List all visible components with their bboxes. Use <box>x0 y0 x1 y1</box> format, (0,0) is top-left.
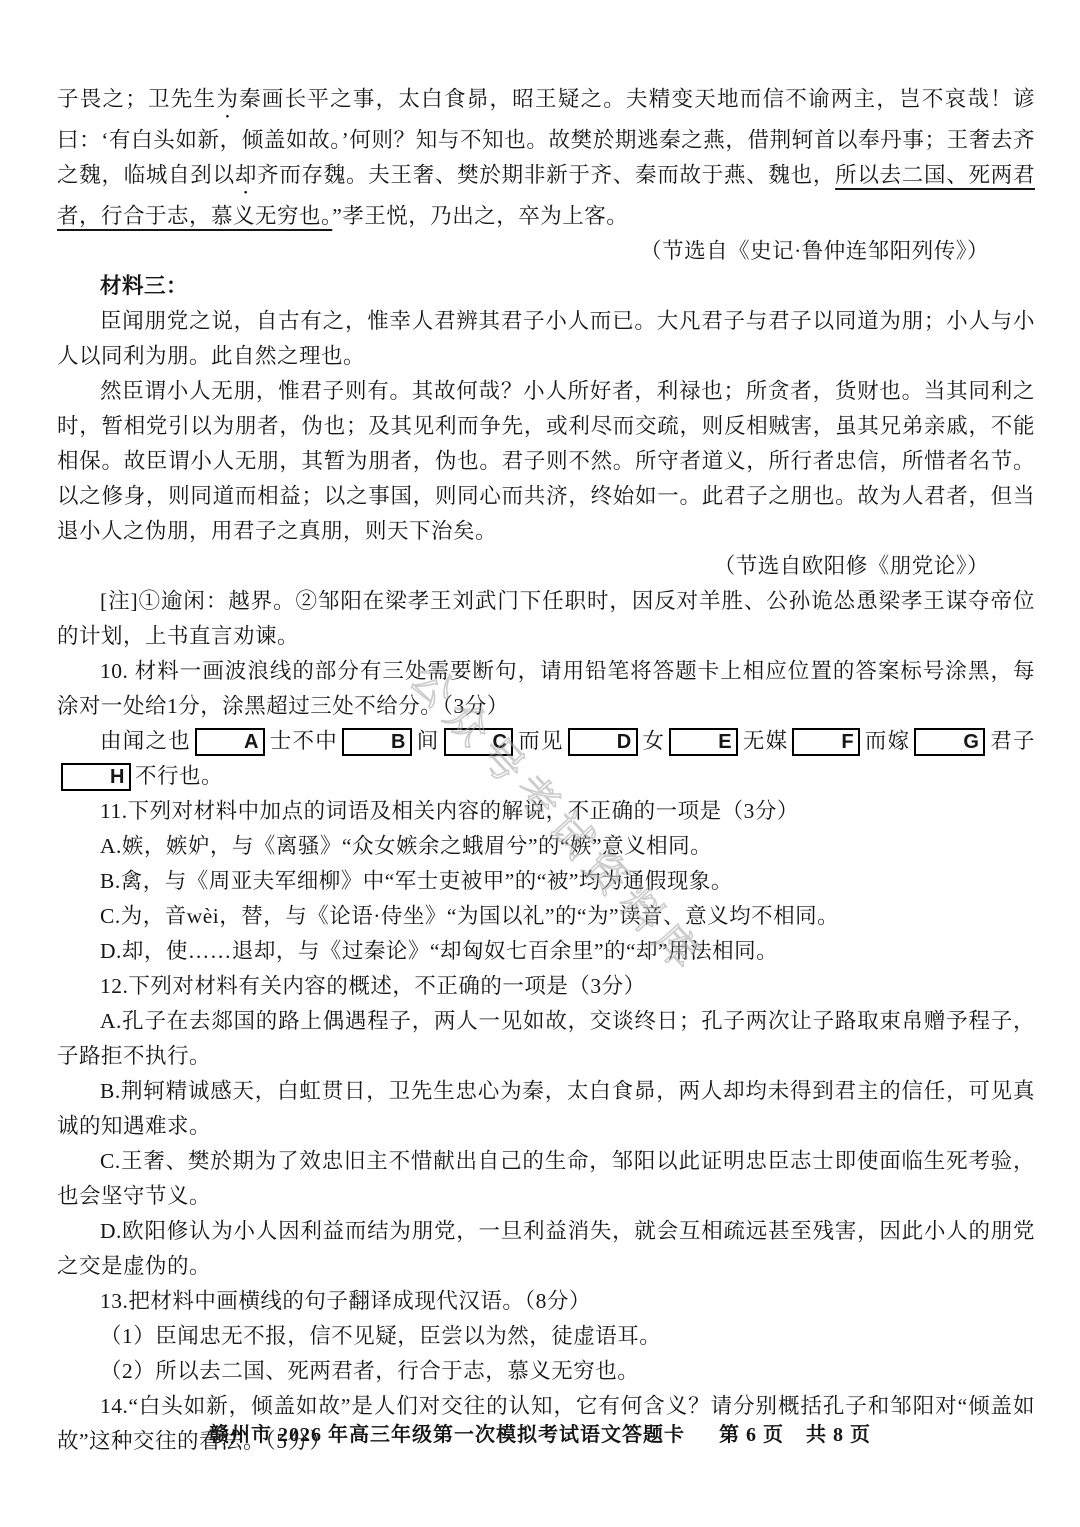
answer-box-f: F <box>792 728 860 756</box>
material-3-para-1: 臣闻朋党之说，自古有之，惟幸人君辨其君子小人而已。大凡君子与君子以同道为朋；小人… <box>57 304 1035 374</box>
passage-text: ”孝王悦，乃出之，卒为上客。 <box>332 204 628 228</box>
footer-title: 赣州市 2026 年高三年级第一次模拟考试语文答题卡 <box>209 1424 685 1446</box>
question-13-stem: 13.把材料中画横线的句子翻译成现代汉语。（8分） <box>57 1284 1035 1319</box>
exam-paper-page: 公众号考试资料库 子畏之；卫先生为秦画长平之事，太白食昴，昭王疑之。夫精变天地而… <box>0 0 1080 1527</box>
page-footer: 赣州市 2026 年高三年级第一次模拟考试语文答题卡第 6 页共 8 页 <box>0 1418 1080 1447</box>
sentence-text: 不行也。 <box>135 764 223 788</box>
question-12-option-a: A.孔子在去郯国的路上偶遇程子，两人一见如故，交谈终日；孔子两次让子路取束帛赠予… <box>57 1004 1035 1074</box>
material-3-para-2: 然臣谓小人无朋，惟君子则有。其故何哉？小人所好者，利禄也；所贪者，货财也。当其同… <box>57 374 1035 549</box>
question-12-option-c: C.王奢、樊於期为了效忠旧主不惜献出自己的生命，邹阳以此证明忠臣志士即使面临生死… <box>57 1144 1035 1214</box>
question-11-option-a: A.嫉，嫉妒，与《离骚》“众女嫉余之蛾眉兮”的“嫉”意义相同。 <box>57 829 1035 864</box>
question-11-option-d: D.却，使……退却，与《过秦论》“却匈奴七百余里”的“却”用法相同。 <box>57 934 1035 969</box>
answer-box-d: D <box>568 728 638 756</box>
dotted-word-wei: 为 <box>216 87 239 111</box>
material-3-heading: 材料三： <box>57 269 1035 304</box>
sentence-text: 而嫁 <box>864 729 910 753</box>
footnote: [注]①逾闲：越界。②邹阳在梁孝王刘武门下任职时，因反对羊胜、公孙诡怂恿梁孝王谋… <box>57 584 1035 654</box>
sentence-text: 间 <box>416 729 440 753</box>
answer-box-e: E <box>669 728 738 756</box>
passage-shiji-continuation: 子畏之；卫先生为秦画长平之事，太白食昴，昭王疑之。夫精变天地而信不谕两主，岂不哀… <box>57 82 1035 234</box>
source-pengdanglun: （节选自欧阳修《朋党论》） <box>57 549 1035 584</box>
passage-text: 齐而存魏。夫王奢、樊於期非新于齐、秦而故于燕、魏也， <box>257 163 835 187</box>
sentence-text: 由闻之也 <box>100 729 191 753</box>
footer-page-total: 共 8 页 <box>806 1424 871 1446</box>
answer-box-a: A <box>195 728 265 756</box>
question-10-stem: 10. 材料一画波浪线的部分有三处需要断句，请用铅笔将答题卡上相应位置的答案标号… <box>57 654 1035 724</box>
question-13-item-2: （2）所以去二国、死两君者，行合于志，慕义无穷也。 <box>57 1354 1035 1389</box>
question-11-option-b: B.禽，与《周亚夫军细柳》中“军士吏被甲”的“被”均为通假现象。 <box>57 864 1035 899</box>
question-12-stem: 12.下列对材料有关内容的概述，不正确的一项是（3分） <box>57 969 1035 1004</box>
question-10-sentence: 由闻之也A士不中B间C而见D女E无媒F而嫁G君子H不行也。 <box>57 724 1035 794</box>
passage-text: 子畏之；卫先生 <box>57 87 216 111</box>
answer-box-b: B <box>342 728 412 756</box>
page-content: 子畏之；卫先生为秦画长平之事，太白食昴，昭王疑之。夫精变天地而信不谕两主，岂不哀… <box>57 82 1035 1459</box>
sentence-text: 君子 <box>989 729 1035 753</box>
source-shiji: （节选自《史记·鲁仲连邹阳列传》） <box>57 234 1035 269</box>
footer-page-number: 第 6 页 <box>719 1424 784 1446</box>
sentence-text: 无媒 <box>742 729 788 753</box>
sentence-text: 女 <box>642 729 666 753</box>
dotted-word-que: 却 <box>235 163 257 187</box>
question-11-stem: 11.下列对材料中加点的词语及相关内容的解说，不正确的一项是（3分） <box>57 794 1035 829</box>
sentence-text: 士不中 <box>269 729 338 753</box>
question-12-option-b: B.荆轲精诚感天，白虹贯日，卫先生忠心为秦，太白食昴，两人却均未得到君主的信任，… <box>57 1074 1035 1144</box>
question-12-option-d: D.欧阳修认为小人因利益而结为朋党，一旦利益消失，就会互相疏远甚至残害，因此小人… <box>57 1214 1035 1284</box>
answer-box-g: G <box>914 728 985 756</box>
question-11-option-c: C.为，音wèi，替，与《论语·侍坐》“为国以礼”的“为”读音、意义均不相同。 <box>57 899 1035 934</box>
answer-box-h: H <box>61 763 131 791</box>
answer-box-c: C <box>444 728 514 756</box>
question-13-item-1: （1）臣闻忠无不报，信不见疑，臣尝以为然，徒虚语耳。 <box>57 1319 1035 1354</box>
sentence-text: 而见 <box>517 729 563 753</box>
